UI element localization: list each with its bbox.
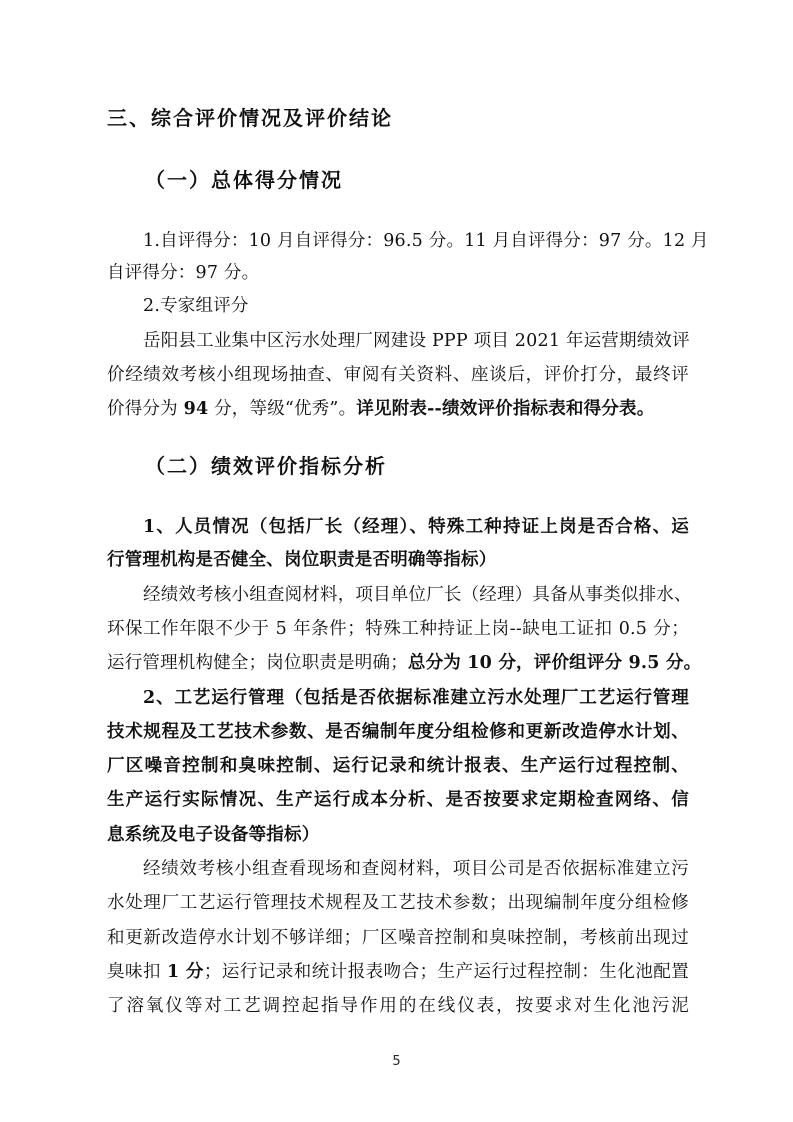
section-title: 三、综合评价情况及评价结论 — [107, 108, 689, 128]
item2-body-line-5: 了溶氧仪等对工艺调控起指导作用的在线仪表，按要求对生化池污泥 — [107, 996, 689, 1016]
expert-paragraph-line-1: 岳阳县工业集中区污水处理厂网建设 PPP 项目 2021 年运营期绩效评 — [107, 331, 689, 351]
item2-body-line-4: 臭味扣 1 分；运行记录和统计报表吻合；生产运行过程控制：生化池配置 — [107, 962, 689, 982]
page-number: 5 — [0, 1054, 793, 1069]
item2-heading-line-1: 2、工艺运行管理（包括是否依据标准建立污水处理厂工艺运行管理 — [107, 688, 689, 708]
item1-heading-line-2: 行管理机构是否健全、岗位职责是否明确等指标） — [107, 550, 689, 570]
item2-heading-line-3: 厂区噪音控制和臭味控制、运行记录和统计报表、生产运行过程控制、 — [107, 756, 689, 776]
item2-body-line-2: 水处理厂工艺运行管理技术规程及工艺技术参数；出现编制年度分组检修 — [107, 893, 689, 913]
item1-body-line-1: 经绩效考核小组查阅材料，项目单位厂长（经理）具备从事类似排水、 — [107, 585, 689, 605]
item2-heading-line-4: 生产运行实际情况、生产运行成本分析、是否按要求定期检查网络、信 — [107, 790, 689, 810]
item1-body-line-3: 运行管理机构健全；岗位职责是明确；总分为 10 分，评价组评分 9.5 分。 — [107, 653, 689, 673]
final-score: 94 — [184, 399, 209, 419]
expert-paragraph-line-3: 价得分为 94 分，等级“优秀”。详见附表--绩效评价指标表和得分表。 — [107, 399, 689, 419]
subsection-title-indicator-analysis: （二）绩效评价指标分析 — [145, 456, 727, 476]
item2-body-line-3: 和更新改造停水计划不够详细；厂区噪音控制和臭味控制，考核前出现过 — [107, 928, 689, 948]
self-score-line-2: 自评得分：97 分。 — [107, 263, 689, 283]
expert-text: 价得分为 — [107, 399, 184, 419]
item2-body-line-1: 经绩效考核小组查看现场和查阅材料，项目公司是否依据标准建立污 — [107, 859, 689, 879]
grade-text: 分，等级“优秀”。 — [208, 399, 356, 419]
item2-heading-line-2: 技术规程及工艺技术参数、是否编制年度分组检修和更新改造停水计划、 — [107, 722, 689, 742]
appendix-reference: 详见附表--绩效评价指标表和得分表。 — [356, 399, 654, 419]
item2-body-text-cont: ；运行记录和统计报表吻合；生产运行过程控制：生化池配置 — [204, 962, 689, 982]
item2-heading-line-5: 息系统及电子设备等指标） — [107, 825, 689, 845]
odor-deduction: 1 分 — [167, 962, 204, 982]
expert-paragraph-line-2: 价经绩效考核小组现场抽查、审阅有关资料、座谈后，评价打分，最终评 — [107, 365, 689, 385]
document-page: 三、综合评价情况及评价结论 （一）总体得分情况 1.自评得分：10 月自评得分：… — [0, 0, 793, 1122]
item2-body-text: 臭味扣 — [107, 962, 167, 982]
item1-body-text: 运行管理机构健全；岗位职责是明确； — [107, 653, 408, 673]
item1-body-line-2: 环保工作年限不少于 5 年条件；特殊工种持证上岗--缺电工证扣 0.5 分； — [107, 619, 689, 639]
self-score-line-1: 1.自评得分：10 月自评得分：96.5 分。11 月自评得分：97 分。12 … — [107, 231, 689, 251]
item1-heading-line-1: 1、人员情况（包括厂长（经理）、特殊工种持证上岗是否合格、运 — [107, 517, 689, 537]
item1-score-summary: 总分为 10 分，评价组评分 9.5 分。 — [408, 653, 701, 673]
expert-score-label: 2.专家组评分 — [107, 296, 689, 316]
subsection-title-overall-score: （一）总体得分情况 — [145, 170, 727, 190]
